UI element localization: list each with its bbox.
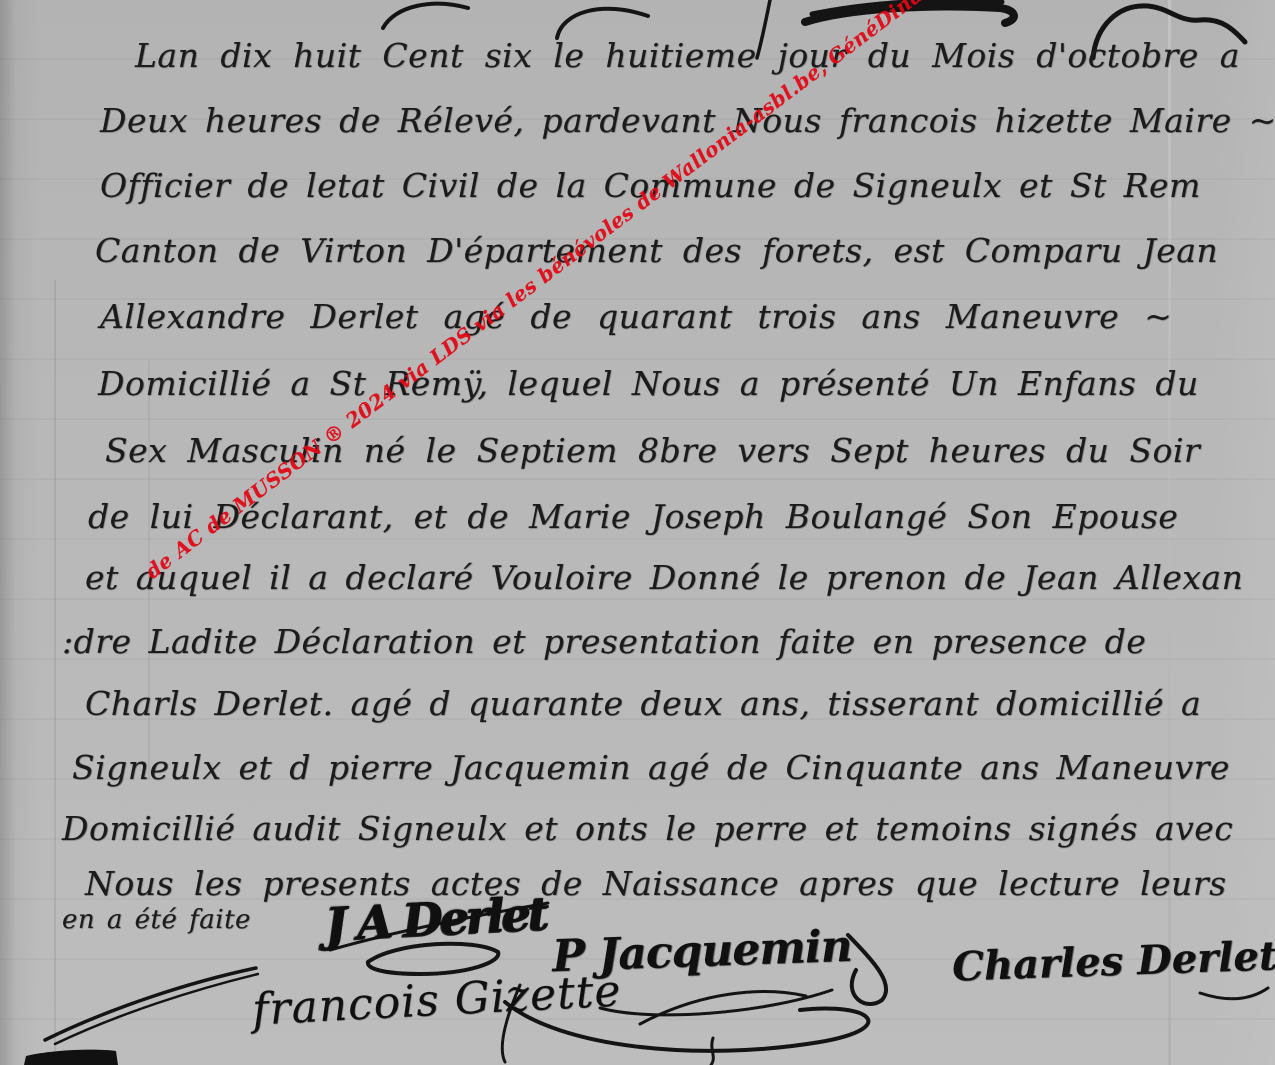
gizette-flourish-cross — [640, 992, 806, 1024]
handwritten-line-14: Nous les presents actes de Naissance apr… — [85, 864, 1227, 903]
bottom-left-ink-blob — [24, 1050, 118, 1065]
handwritten-line-13: Domicillié audit Signeulx et onts le per… — [62, 809, 1233, 848]
handwritten-line-2: Deux heures de Rélevé, pardevant Nous fr… — [100, 101, 1275, 140]
bottom-left-double-stroke-2 — [55, 974, 258, 1044]
handwritten-line-5: Allexandre Derlet agé de quarant trois a… — [100, 297, 1172, 336]
handwritten-line-1: Lan dix huit Cent six le huitieme jour d… — [135, 36, 1240, 75]
handwritten-line-11: Charls Derlet. agé d quarante deux ans, … — [85, 684, 1201, 723]
handwritten-line-4: Canton de Virton D'épartement des forets… — [95, 231, 1218, 270]
handwritten-line-10: :dre Ladite Déclaration et presentation … — [62, 622, 1146, 661]
charles-underline — [1200, 988, 1268, 999]
handwritten-line-12: Signeulx et d pierre Jacquemin agé de Ci… — [72, 748, 1230, 787]
top-cutoff-flourish-2 — [557, 9, 648, 38]
bottom-center-stroke — [711, 1038, 713, 1065]
handwritten-line-6: Domicillié a St Remÿ, lequel Nous a prés… — [98, 364, 1199, 403]
handwritten-line-15: en a été faite — [62, 905, 251, 935]
top-cutoff-flourish-1 — [383, 4, 468, 28]
scanned-document-page: de AC de MUSSON ® 2024 via LDS via les b… — [0, 0, 1275, 1065]
jacquemin-paraphe — [848, 935, 886, 1004]
handwritten-line-7: Sex Masculin né le Septiem 8bre vers Sep… — [105, 431, 1200, 470]
signature-father-derlet: J A Derlet — [324, 886, 547, 951]
handwritten-line-9: et auquel il a declaré Vouloire Donné le… — [85, 558, 1243, 597]
